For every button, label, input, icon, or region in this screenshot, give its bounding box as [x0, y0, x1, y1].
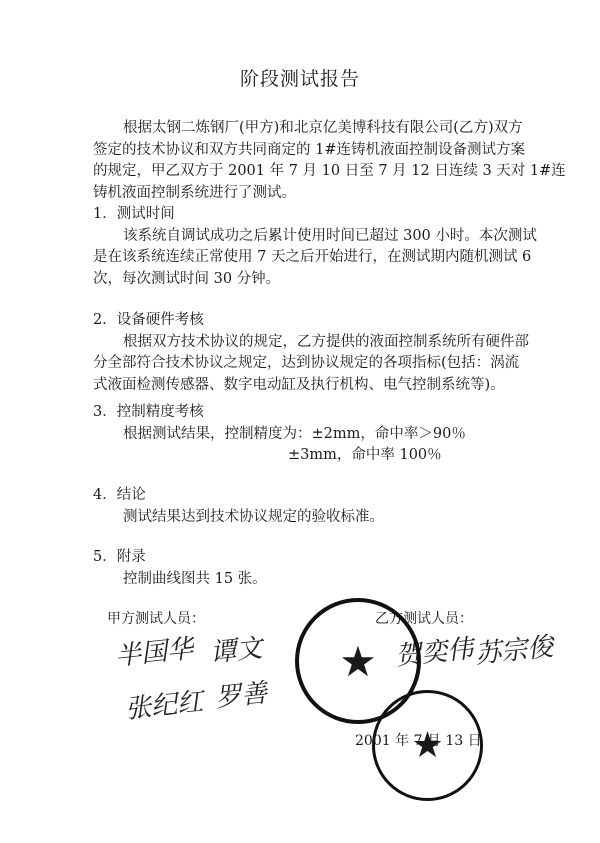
section-hardware: 2．设备硬件考核 根据双方技术协议的规定，乙方提供的液面控制系统所有硬件部 分全… — [93, 310, 521, 396]
party-a-label: 甲方测试人员： — [107, 608, 205, 628]
text-line: 分全部符合技术协议之规定，达到协议规定的各项指标(包括：涡流 — [93, 353, 521, 375]
section-conclusion: 4．结论 测试结果达到技术协议规定的验收标准。 — [93, 485, 521, 528]
text-line: 根据测试结果，控制精度为：±2mm，命中率＞90％ — [93, 424, 521, 446]
text-line: 铸机液面控制系统进行了测试。 — [93, 183, 521, 205]
text-line: 的规定，甲乙双方于 2001 年 7 月 10 日至 7 月 12 日连续 3 … — [93, 161, 521, 183]
section-test-time: 1．测试时间 该系统自调试成功之后累计使用时间已超过 300 小时。本次测试 是… — [93, 204, 521, 290]
text-line: 是在该系统连续正常使用 7 天之后开始进行，在测试期内随机测试 6 — [93, 247, 521, 269]
signature: 谭文 — [208, 627, 264, 669]
text-line: 式液面检测传感器、数字电动缸及执行机构、电气控制系统等)。 — [93, 375, 521, 397]
signature: 罗善 — [213, 672, 269, 714]
section-heading: 1．测试时间 — [93, 204, 521, 226]
signature: 张纪红 — [123, 681, 204, 726]
report-date: 2001 年 7 月 13 日 — [355, 730, 482, 750]
text-line: 根据双方技术协议的规定，乙方提供的液面控制系统所有硬件部 — [93, 332, 521, 354]
section-precision: 3．控制精度考核 根据测试结果，控制精度为：±2mm，命中率＞90％ ±3mm，… — [93, 402, 521, 467]
text-line: 测试结果达到技术协议规定的验收标准。 — [93, 507, 521, 529]
text-line: 根据太钢二炼钢厂(甲方)和北京亿美博科技有限公司(乙方)双方 — [93, 118, 521, 140]
section-appendix: 5．附录 控制曲线图共 15 张。 — [93, 547, 521, 590]
text-line: 控制曲线图共 15 张。 — [93, 569, 521, 591]
section-heading: 3．控制精度考核 — [93, 402, 521, 424]
page-title: 阶段测试报告 — [0, 64, 600, 91]
signature: 半国华 — [113, 628, 194, 673]
section-heading: 5．附录 — [93, 547, 521, 569]
text-line: 次，每次测试时间 30 分钟。 — [93, 269, 521, 291]
text-line: ±3mm，命中率 100％ — [93, 445, 521, 467]
document-page: 阶段测试报告 根据太钢二炼钢厂(甲方)和北京亿美博科技有限公司(乙方)双方 签定… — [0, 0, 600, 843]
text-line: 该系统自调试成功之后累计使用时间已超过 300 小时。本次测试 — [93, 226, 521, 248]
text-line: 签定的技术协议和双方共同商定的 1#连铸机液面控制设备测试方案 — [93, 140, 521, 162]
intro-paragraph: 根据太钢二炼钢厂(甲方)和北京亿美博科技有限公司(乙方)双方 签定的技术协议和双… — [93, 118, 521, 204]
signature: 苏宗俊 — [473, 626, 554, 671]
section-heading: 4．结论 — [93, 485, 521, 507]
section-heading: 2．设备硬件考核 — [93, 310, 521, 332]
